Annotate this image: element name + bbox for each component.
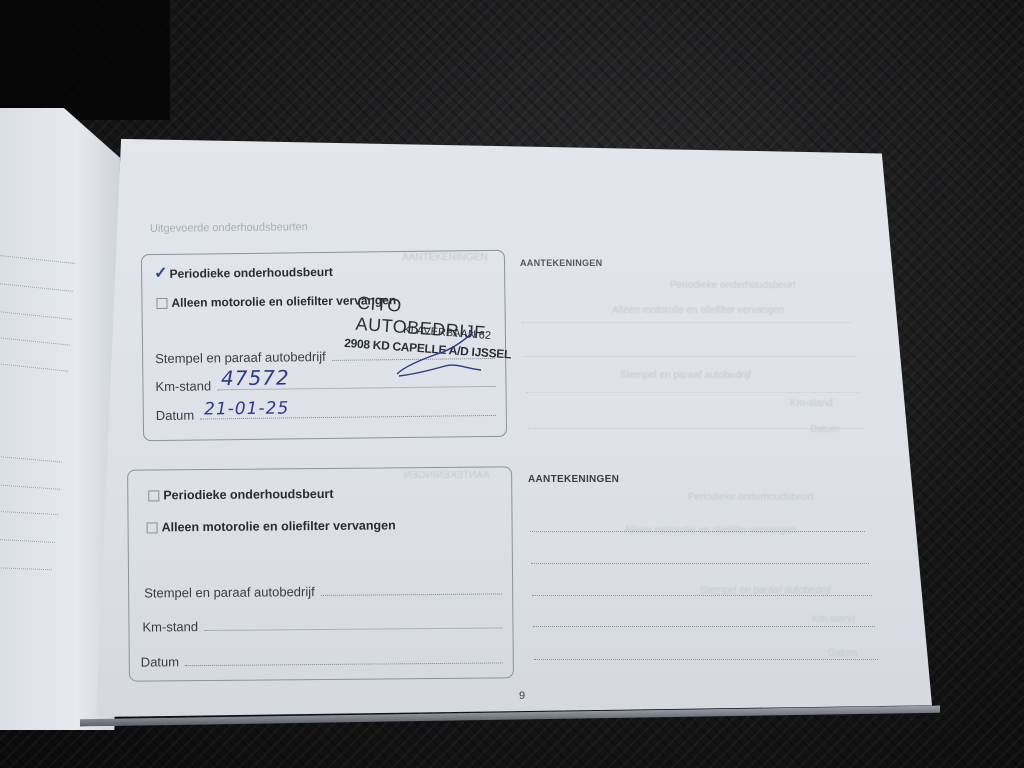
background-shadow — [0, 0, 170, 120]
field-label: Km-stand — [142, 619, 198, 634]
dotted-line — [0, 454, 62, 462]
checkbox-icon — [156, 297, 167, 308]
dotted-line — [0, 361, 68, 371]
maintenance-entry-2: Periodieke onderhoudsbeurt Alleen motoro… — [127, 466, 514, 681]
checkbox-periodic-service[interactable]: ✓ Periodieke onderhoudsbeurt — [154, 265, 333, 281]
ghost-text: Periodieke onderhoudsbeurt — [670, 280, 796, 291]
date-field: Datum 21-01-25 — [156, 404, 496, 423]
notes-line[interactable] — [532, 595, 872, 596]
notes-line[interactable] — [528, 428, 864, 429]
notes-line[interactable] — [534, 659, 878, 660]
ghost-text: Km-stand — [790, 398, 833, 409]
dotted-line — [0, 483, 60, 490]
page-number: 9 — [519, 690, 525, 702]
notes-line[interactable] — [531, 563, 869, 564]
checkbox-label: Periodieke onderhoudsbeurt — [169, 265, 333, 281]
checkbox-periodic-service[interactable]: Periodieke onderhoudsbeurt — [148, 487, 333, 503]
checkbox-oil-change-only[interactable]: Alleen motorolie en oliefilter vervangen — [147, 518, 396, 534]
ghost-text: Datum — [828, 648, 857, 659]
dotted-line — [0, 567, 52, 571]
dotted-line — [0, 253, 75, 264]
date-value: 21-01-25 — [204, 398, 289, 419]
date-field: Datum — [141, 651, 503, 669]
date-input-line[interactable] — [185, 662, 503, 666]
field-label: Stempel en paraaf autobedrijf — [144, 584, 315, 600]
ghost-text: Km-stand — [812, 614, 855, 625]
notes-line[interactable] — [522, 322, 852, 323]
field-label: Stempel en paraaf autobedrijf — [155, 349, 326, 366]
notes-line[interactable] — [533, 626, 875, 627]
km-field: Km-stand — [142, 616, 502, 634]
signature-icon — [395, 330, 485, 380]
dotted-line — [0, 510, 58, 515]
ghost-text: Periodieke onderhoudsbeurt — [688, 492, 814, 503]
km-value: 47572 — [221, 365, 290, 390]
date-input-line[interactable]: 21-01-25 — [200, 415, 496, 420]
field-label: Datum — [141, 654, 179, 669]
notes-line[interactable] — [526, 392, 860, 393]
km-input-line[interactable] — [204, 627, 502, 631]
checkbox-icon — [147, 522, 158, 533]
field-label: Datum — [156, 408, 194, 423]
dotted-line — [0, 281, 73, 292]
ghost-text: Stempel en paraaf autobedrijf — [620, 370, 751, 381]
notes-line[interactable] — [530, 531, 865, 532]
stamp-input-line[interactable] — [321, 593, 502, 596]
notes-title: AANTEKENINGEN — [520, 258, 602, 268]
checkbox-icon — [148, 490, 159, 501]
stamp-field: Stempel en paraaf autobedrijf — [144, 582, 502, 600]
ghost-text: Datum — [810, 424, 839, 435]
dotted-line — [0, 538, 55, 543]
notes-line[interactable] — [524, 356, 856, 357]
checkmark-icon: ✓ — [154, 269, 168, 279]
dotted-line — [0, 335, 70, 345]
checkbox-label: Alleen motorolie en oliefilter vervangen — [162, 518, 396, 534]
ghost-text: Alleen motorolie en oliefilter vervangen — [612, 305, 784, 316]
dotted-line — [0, 309, 72, 320]
notes-title: AANTEKENINGEN — [528, 474, 619, 485]
field-label: Km-stand — [155, 378, 211, 394]
section-title: Uitgevoerde onderhoudsbeurten — [150, 221, 308, 235]
checkbox-label: Periodieke onderhoudsbeurt — [163, 487, 333, 502]
